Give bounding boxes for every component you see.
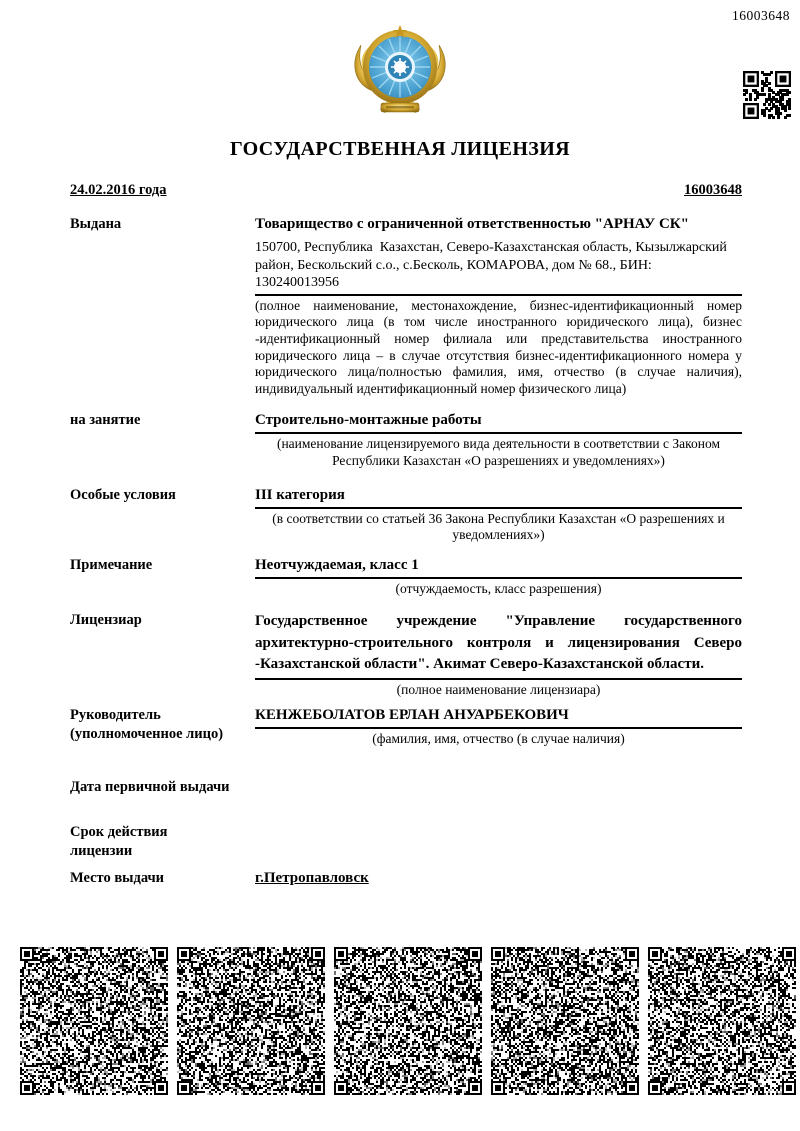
license-number: 16003648 bbox=[684, 182, 742, 199]
first-issue-date-label: Дата первичной выдачи bbox=[70, 778, 742, 797]
issued-to-caption: (полное наименование, местонахождение, б… bbox=[255, 298, 742, 398]
field-rule bbox=[255, 727, 742, 729]
barcode-block-icon bbox=[491, 947, 639, 1095]
activity-value: Строительно-монтажные работы bbox=[255, 411, 742, 430]
special-conditions-caption: (в соответствии со статьей 36 Закона Рес… bbox=[255, 511, 742, 544]
place-of-issue-value: г.Петропавловск bbox=[255, 870, 369, 886]
licensor-label: Лицензиар bbox=[70, 611, 255, 630]
field-rule bbox=[255, 432, 742, 434]
field-note: Примечание Неотчуждаемая, класс 1 (отчуж… bbox=[70, 556, 742, 598]
field-place-of-issue: Место выдачи г.Петропавловск bbox=[70, 869, 742, 888]
special-conditions-value: III категория bbox=[255, 486, 742, 505]
barcode-block-icon bbox=[20, 947, 168, 1095]
qr-code-icon bbox=[743, 71, 791, 119]
licensor-value: Государственное учреждение "Управление г… bbox=[255, 611, 742, 676]
field-validity-period: Срок действия лицензии bbox=[70, 823, 742, 861]
issue-date: 24.02.2016 года bbox=[70, 182, 167, 199]
validity-period-label: Срок действия лицензии bbox=[70, 823, 742, 861]
place-of-issue-label: Место выдачи bbox=[70, 869, 255, 888]
head-value: КЕНЖЕБОЛАТОВ ЕРЛАН АНУАРБЕКОВИЧ bbox=[255, 706, 742, 725]
license-document: 16003648 bbox=[0, 0, 800, 1131]
issued-to-label: Выдана bbox=[70, 215, 255, 234]
barcode-strip bbox=[20, 947, 796, 1095]
licensee-address: 150700, Республика Казахстан, Северо-Каз… bbox=[255, 239, 742, 292]
document-title: ГОСУДАРСТВЕННАЯ ЛИЦЕНЗИЯ bbox=[0, 138, 800, 161]
document-number-top: 16003648 bbox=[732, 8, 790, 24]
field-rule bbox=[255, 507, 742, 509]
barcode-block-icon bbox=[177, 947, 325, 1095]
barcode-block-icon bbox=[334, 947, 482, 1095]
field-special-conditions: Особые условия III категория (в соответс… bbox=[70, 486, 742, 544]
field-rule bbox=[255, 577, 742, 579]
field-issued-to: Выдана Товарищество с ограниченной ответ… bbox=[70, 215, 742, 397]
special-conditions-label: Особые условия bbox=[70, 486, 255, 505]
date-number-row: 24.02.2016 года 16003648 bbox=[70, 182, 742, 199]
licensor-caption: (полное наименование лицензиара) bbox=[255, 682, 742, 699]
field-first-issue-date: Дата первичной выдачи bbox=[70, 778, 742, 797]
licensee-name: Товарищество с ограниченной ответственно… bbox=[255, 215, 742, 234]
field-licensor: Лицензиар Государственное учреждение "Уп… bbox=[70, 611, 742, 698]
note-caption: (отчуждаемость, класс разрешения) bbox=[255, 581, 742, 598]
license-fields: Выдана Товарищество с ограниченной ответ… bbox=[70, 215, 742, 888]
activity-caption: (наименование лицензируемого вида деятел… bbox=[255, 436, 742, 469]
barcode-block-icon bbox=[648, 947, 796, 1095]
activity-label: на занятие bbox=[70, 411, 255, 430]
field-rule bbox=[255, 294, 742, 296]
field-rule bbox=[255, 678, 742, 680]
kazakhstan-emblem-icon bbox=[347, 21, 453, 126]
note-label: Примечание bbox=[70, 556, 255, 575]
head-caption: (фамилия, имя, отчество (в случае наличи… bbox=[255, 731, 742, 748]
head-label: Руководитель (уполномоченное лицо) bbox=[70, 706, 255, 744]
field-head: Руководитель (уполномоченное лицо) КЕНЖЕ… bbox=[70, 706, 742, 748]
field-activity: на занятие Строительно-монтажные работы … bbox=[70, 411, 742, 469]
note-value: Неотчуждаемая, класс 1 bbox=[255, 556, 742, 575]
